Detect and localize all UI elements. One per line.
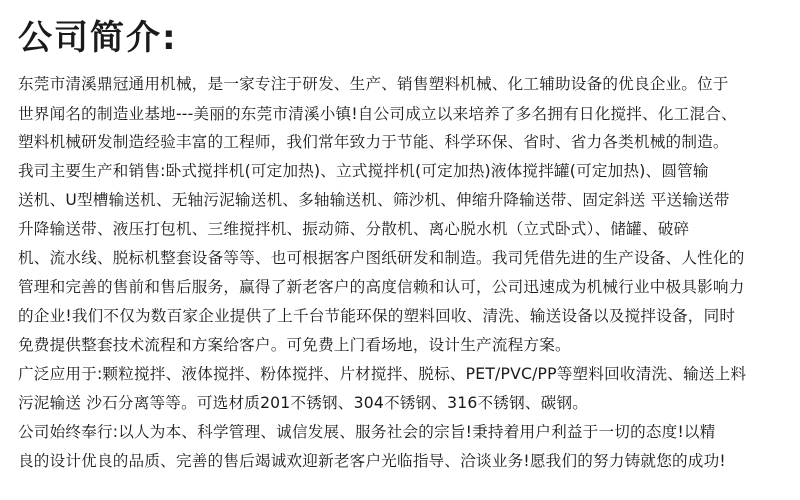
text-line: 广泛应用于:颗粒搅拌、液体搅拌、粉体搅拌、片材搅拌、脱标、PET/PVC/PP等…: [18, 364, 746, 384]
text-line: 免费提供整套技术流程和方案给客户。可免费上门看场地，设计生产流程方案。: [18, 335, 571, 355]
text-line: 机、流水线、脱标机整套设备等等、也可根据客户图纸研发和制造。我司凭借先进的生产设…: [18, 248, 745, 268]
text-line: 管理和完善的售前和售后服务，赢得了新老客户的高度信赖和认可，公司迅速成为机械行业…: [18, 277, 745, 297]
text-line: 东莞市清溪鼎冠通用机械，是一家专注于研发、生产、销售塑料机械、化工辅助设备的优良…: [18, 74, 729, 94]
text-line: 污泥输送 沙石分离等等。可选材质201不锈钢、304不锈钢、316不锈钢、碳钢。: [18, 393, 588, 413]
text-line: 世界闻名的制造业基地---美丽的东莞市清溪小镇!自公司成立以来培养了多名拥有日化…: [18, 104, 737, 124]
text-line: 升降输送带、液压打包机、三维搅拌机、振动筛、分散机、离心脱水机（立式卧式）、储罐…: [18, 219, 689, 239]
page-title: 公司简介:: [18, 18, 178, 58]
text-line: 送机、U型槽输送机、无轴污泥输送机、多轴输送机、筛沙机、伸缩升降输送带、固定斜送…: [18, 190, 730, 210]
text-line: 我司主要生产和销售:卧式搅拌机(可定加热)、立式搅拌机(可定加热)液体搅拌罐(可…: [18, 161, 709, 181]
text-line: 塑料机械研发制造经验丰富的工程师，我们常年致力于节能、科学环保、省时、省力各类机…: [18, 132, 729, 152]
text-line: 的企业!我们不仅为数百家企业提供了上千台节能环保的塑料回收、清洗、输送设备以及搅…: [18, 306, 735, 326]
text-line: 良的设计优良的品质、完善的售后竭诚欢迎新老客户光临指导、洽谈业务!愿我们的努力铸…: [18, 451, 726, 471]
text-line: 公司始终奉行:以人为本、科学管理、诚信发展、服务社会的宗旨!秉持着用户利益于一切…: [18, 422, 716, 442]
